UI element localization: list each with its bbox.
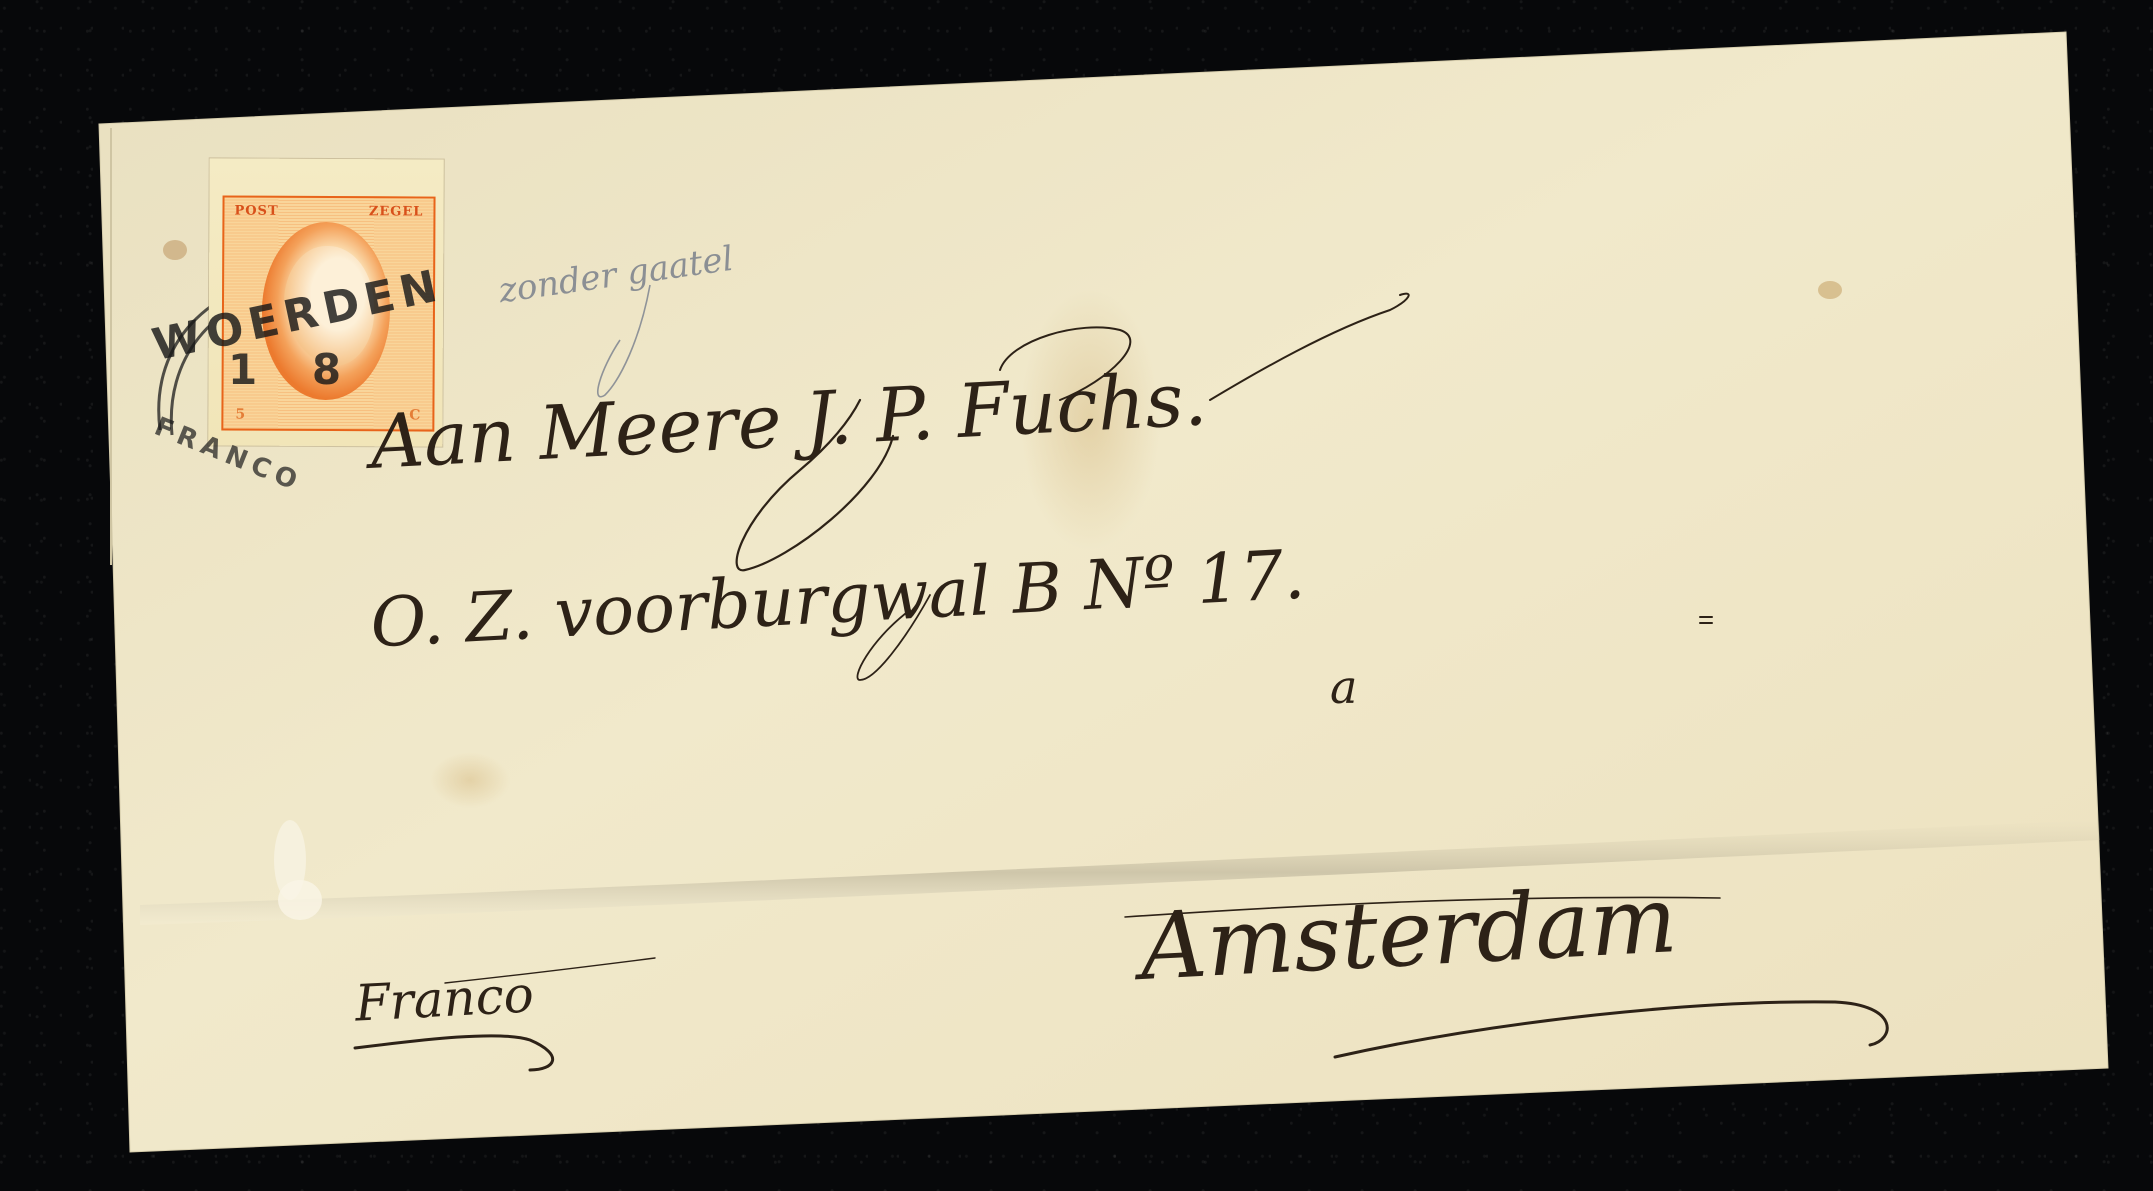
stamp-label-zegel: ZEGEL [369,204,424,219]
franking-note: Franco [354,965,536,1032]
postmark-date: 1 8 [228,345,361,394]
stamp-label-post: POST [234,204,278,219]
address-line-3: a [1330,660,1357,714]
stamp-value-left: 5 [235,407,245,423]
